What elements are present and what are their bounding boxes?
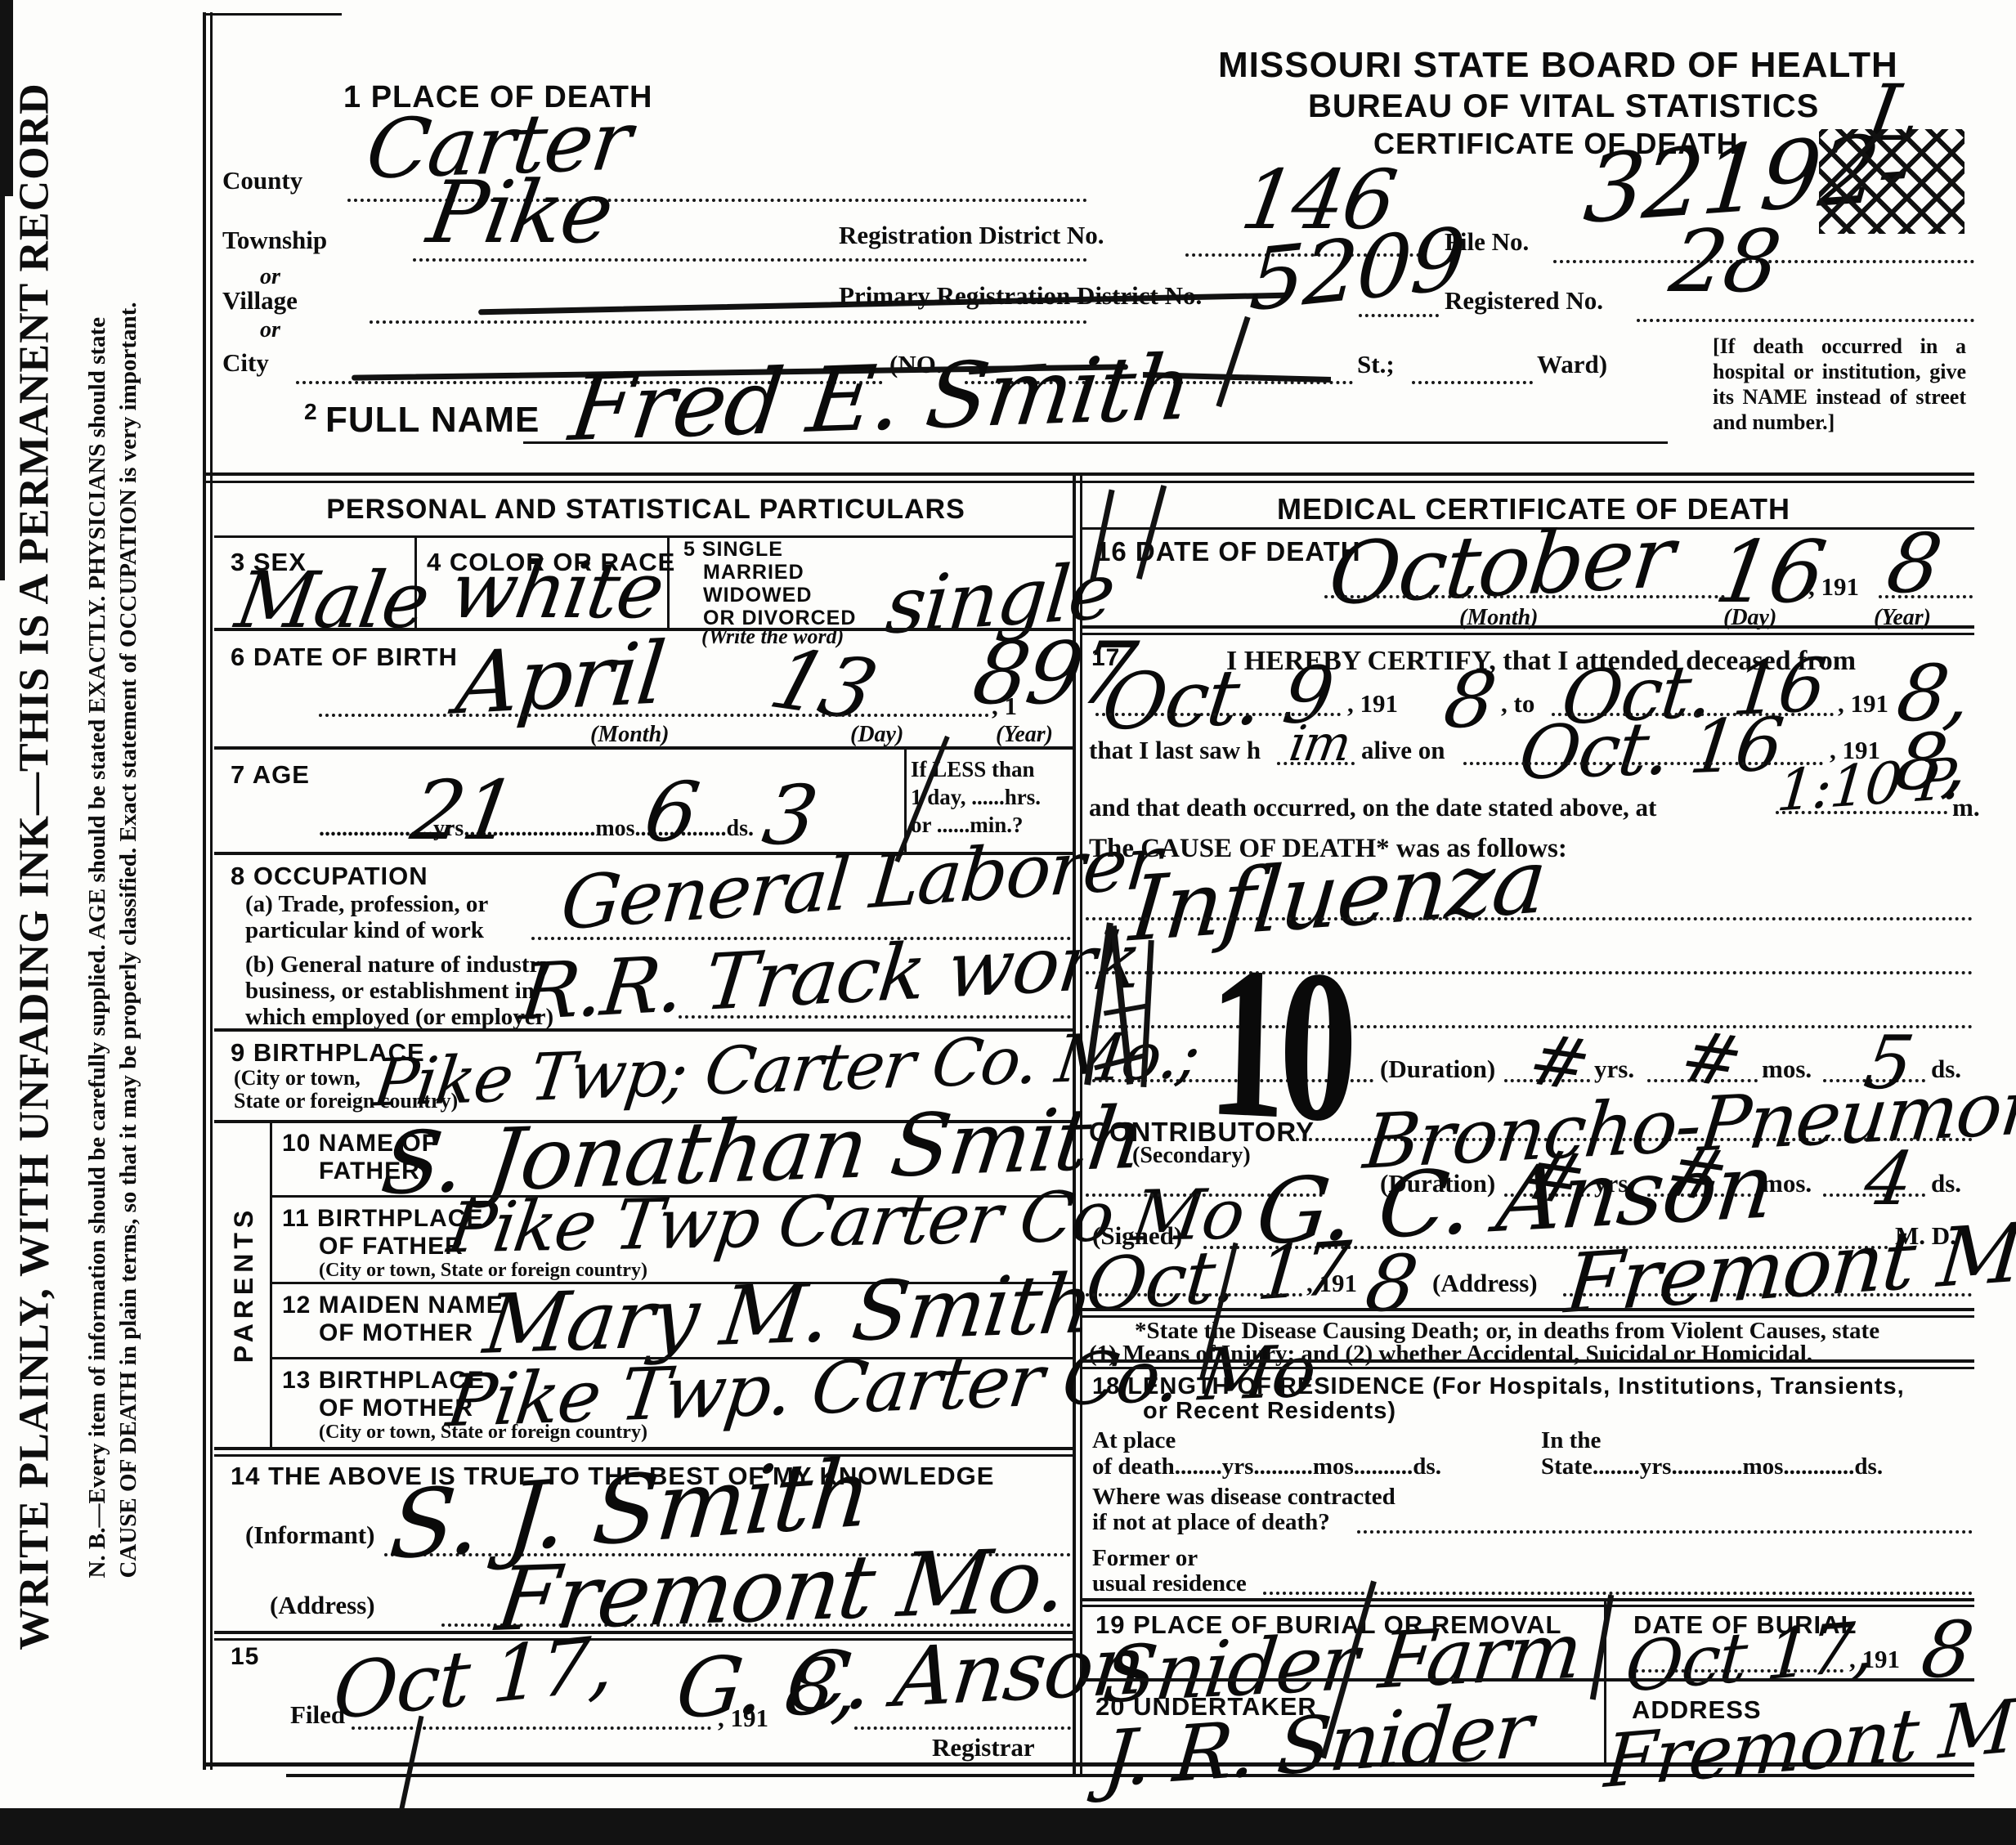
less-than-label-2: 1 day, ......hrs.: [911, 786, 1041, 808]
row-line-9a: [214, 1447, 1073, 1450]
mother-name-label-1: 12 MAIDEN NAME: [282, 1293, 504, 1318]
attended-from-year-prefix: , 191: [1347, 691, 1398, 716]
cause-duration-label: (Duration): [1380, 1056, 1495, 1081]
city-label: City: [222, 350, 269, 375]
medical-rule-3b: [1082, 1367, 1974, 1369]
occupation-a-label-2: particular kind of work: [245, 919, 484, 943]
section-separator-1: [203, 472, 1974, 476]
occupation-a-label-1: (a) Trade, profession, or: [245, 893, 488, 916]
filed-number: 15: [231, 1645, 259, 1669]
last-saw-label-1: that I last saw h: [1089, 737, 1261, 763]
parents-label: PARENTS: [231, 1206, 257, 1364]
margin-nb-note-line2: CAUSE OF DEATH in plain terms, so that i…: [113, 302, 144, 1578]
medical-rule-4b: [1082, 1605, 1974, 1607]
date-of-death-month: October: [1325, 514, 1677, 618]
fullname-value: Fred E. Smith: [565, 343, 1195, 454]
form-left-border-inner: [210, 12, 213, 1770]
filed-date-value: Oct 17,: [332, 1626, 614, 1732]
fullname-label: FULL NAME: [325, 402, 540, 438]
informant-label: (Informant): [245, 1522, 374, 1547]
occupation-label: 8 OCCUPATION: [231, 863, 428, 889]
mother-name-label-2: OF MOTHER: [319, 1321, 473, 1346]
scan-edge-line: [0, 196, 5, 580]
registered-no-label: Registered No.: [1445, 288, 1603, 313]
scan-bottom-band: [0, 1808, 2016, 1845]
medical-rule-4a: [1082, 1598, 1974, 1601]
last-saw-line: [1463, 762, 1823, 765]
date-of-death-year-prefix: , 191: [1808, 574, 1859, 599]
age-months-value: 6: [639, 772, 702, 853]
burial-row-line: [1082, 1678, 1974, 1682]
bureau-title: BUREAU OF VITAL STATISTICS: [1308, 90, 1819, 123]
township-label: Township: [222, 227, 327, 253]
age-label: 7 AGE: [231, 762, 310, 787]
file-no-scribble: [1819, 129, 1964, 234]
at-place-label-2: of death........yrs..........mos........…: [1092, 1455, 1441, 1479]
former-residence-label-2: usual residence: [1092, 1572, 1247, 1596]
burial-scrawl-mark-2: [1590, 1594, 1614, 1699]
township-value: Pike: [423, 170, 618, 256]
medical-rule-1a: [1082, 625, 1974, 629]
date-of-burial-value: Oct 17,: [1624, 1612, 1876, 1703]
registered-no-line: [1637, 319, 1974, 322]
county-label: County: [222, 168, 302, 193]
primary-district-label: Primary Registration District No.: [839, 283, 1202, 308]
attended-to-year-prefix: , 191: [1838, 691, 1888, 716]
date-of-death-line-1: [1324, 595, 1725, 598]
fullname-number: 2: [304, 401, 318, 423]
margin-permanent-record-note: WRITE PLAINLY, WITH UNFADING INK—THIS IS…: [11, 83, 59, 1650]
hospital-instruction-note: [If death occurred in a hospital or inst…: [1713, 334, 1966, 435]
registrar-label: Registrar: [932, 1735, 1035, 1760]
margin-nb-note-line1: N. B.—Every item of information should b…: [82, 302, 113, 1578]
filed-line-2: [854, 1726, 1071, 1730]
last-saw-date: Oct. 16: [1516, 708, 1786, 790]
contrib-duration-ds-cap: ds.: [1931, 1171, 1961, 1196]
or-label-1: or: [260, 266, 280, 289]
marital-label-1: 5 SINGLE: [683, 540, 783, 560]
fullname-line: [523, 441, 1668, 444]
personal-header-rule: [214, 535, 1073, 538]
color-race-value: white: [445, 553, 667, 630]
at-place-label-1: At place: [1092, 1429, 1176, 1453]
city-slash-mark: [1216, 316, 1250, 408]
occupation-b-label-1: (b) General nature of industry: [245, 953, 552, 977]
signed-year-prefix: , 191: [1306, 1270, 1357, 1296]
marital-label-3: WIDOWED: [703, 585, 812, 606]
occupation-b-label-2: business, or establishment in: [245, 979, 535, 1003]
in-state-label-1: In the: [1541, 1429, 1601, 1453]
residence-label-1: 18 LENGTH OF RESIDENCE (For Hospitals, I…: [1092, 1375, 1905, 1399]
or-label-2: or: [260, 319, 280, 342]
date-of-death-label: 16 DATE OF DEATH: [1095, 538, 1361, 565]
board-of-health-title: MISSOURI STATE BOARD OF HEALTH: [1218, 47, 1898, 83]
signed-date-line: [1086, 1293, 1302, 1296]
informant-address-label: (Address): [270, 1592, 375, 1618]
street-label: St.;: [1357, 352, 1395, 377]
disease-contracted-line: [1357, 1530, 1973, 1534]
last-saw-label-2: alive on: [1361, 737, 1445, 763]
last-saw-him-line: [1277, 762, 1355, 765]
date-of-death-year: 8: [1882, 523, 1945, 605]
filed-line-1: [352, 1726, 711, 1730]
disease-contracted-label-1: Where was disease contracted: [1092, 1485, 1396, 1509]
marital-label-2: MARRIED: [703, 562, 804, 583]
personal-section-title: PERSONAL AND STATISTICAL PARTICULARS: [326, 495, 965, 523]
age-caption: ....................yrs.................…: [319, 817, 754, 840]
medical-rule-1b: [1082, 633, 1974, 635]
parents-column-line: [270, 1120, 272, 1449]
primary-district-value: 5209: [1248, 217, 1467, 325]
dob-label: 6 DATE OF BIRTH: [231, 644, 458, 669]
form-left-border-outer: [203, 12, 206, 1770]
footnote-line-1: *State the Disease Causing Death; or, in…: [1135, 1319, 1879, 1343]
registered-no-value: 28: [1665, 219, 1785, 305]
date-of-burial-line: [1635, 1669, 1844, 1673]
in-state-label-2: State........yrs............mos.........…: [1541, 1455, 1883, 1479]
dob-month-caption: (Month): [590, 723, 669, 746]
registration-district-label: Registration District No.: [839, 222, 1104, 248]
last-saw-him: im: [1286, 719, 1353, 768]
medical-rule-3a: [1082, 1359, 1974, 1363]
father-birthplace-label-2: OF FATHER: [319, 1234, 464, 1259]
dob-month-value: April: [453, 631, 668, 728]
village-label: Village: [222, 288, 298, 313]
residence-label-2: or Recent Residents): [1143, 1399, 1396, 1423]
death-occurred-label: and that death occurred, on the date sta…: [1089, 795, 1656, 820]
dob-line: [319, 714, 989, 717]
dob-day-caption: (Day): [850, 723, 903, 746]
former-residence-label-1: Former or: [1092, 1547, 1198, 1570]
meridiem-label: m.: [1952, 795, 1980, 820]
dob-year-caption: (Year): [996, 723, 1053, 746]
city-line-3: [1412, 381, 1533, 384]
death-time-line: [1776, 811, 1947, 814]
contributory-label: CONTRIBUTORY: [1089, 1118, 1315, 1145]
village-line: [370, 320, 1087, 324]
death-certificate-scan: WRITE PLAINLY, WITH UNFADING INK—THIS IS…: [0, 0, 2016, 1845]
cause-duration-yrs-cap: yrs.: [1594, 1056, 1634, 1081]
birthplace-caption-1: (City or town,: [234, 1068, 361, 1089]
death-time-value: 1:10 P.: [1775, 750, 1962, 819]
dob-day-value: 13: [762, 638, 884, 732]
secondary-label: (Secondary): [1132, 1144, 1251, 1167]
signed-address-label: (Address): [1432, 1270, 1538, 1296]
occupation-b-label-3: which employed (or employer): [245, 1005, 553, 1029]
section-separator-2: [203, 481, 1974, 483]
ward-label: Ward): [1537, 352, 1607, 377]
registrar-signature: G. C. Anson: [673, 1624, 1148, 1731]
form-top-edge: [203, 13, 342, 16]
disease-contracted-label-2: if not at place of death?: [1092, 1511, 1330, 1534]
date-of-death-line-2: [1879, 595, 1973, 598]
burial-year-prefix: , 191: [1849, 1646, 1900, 1672]
